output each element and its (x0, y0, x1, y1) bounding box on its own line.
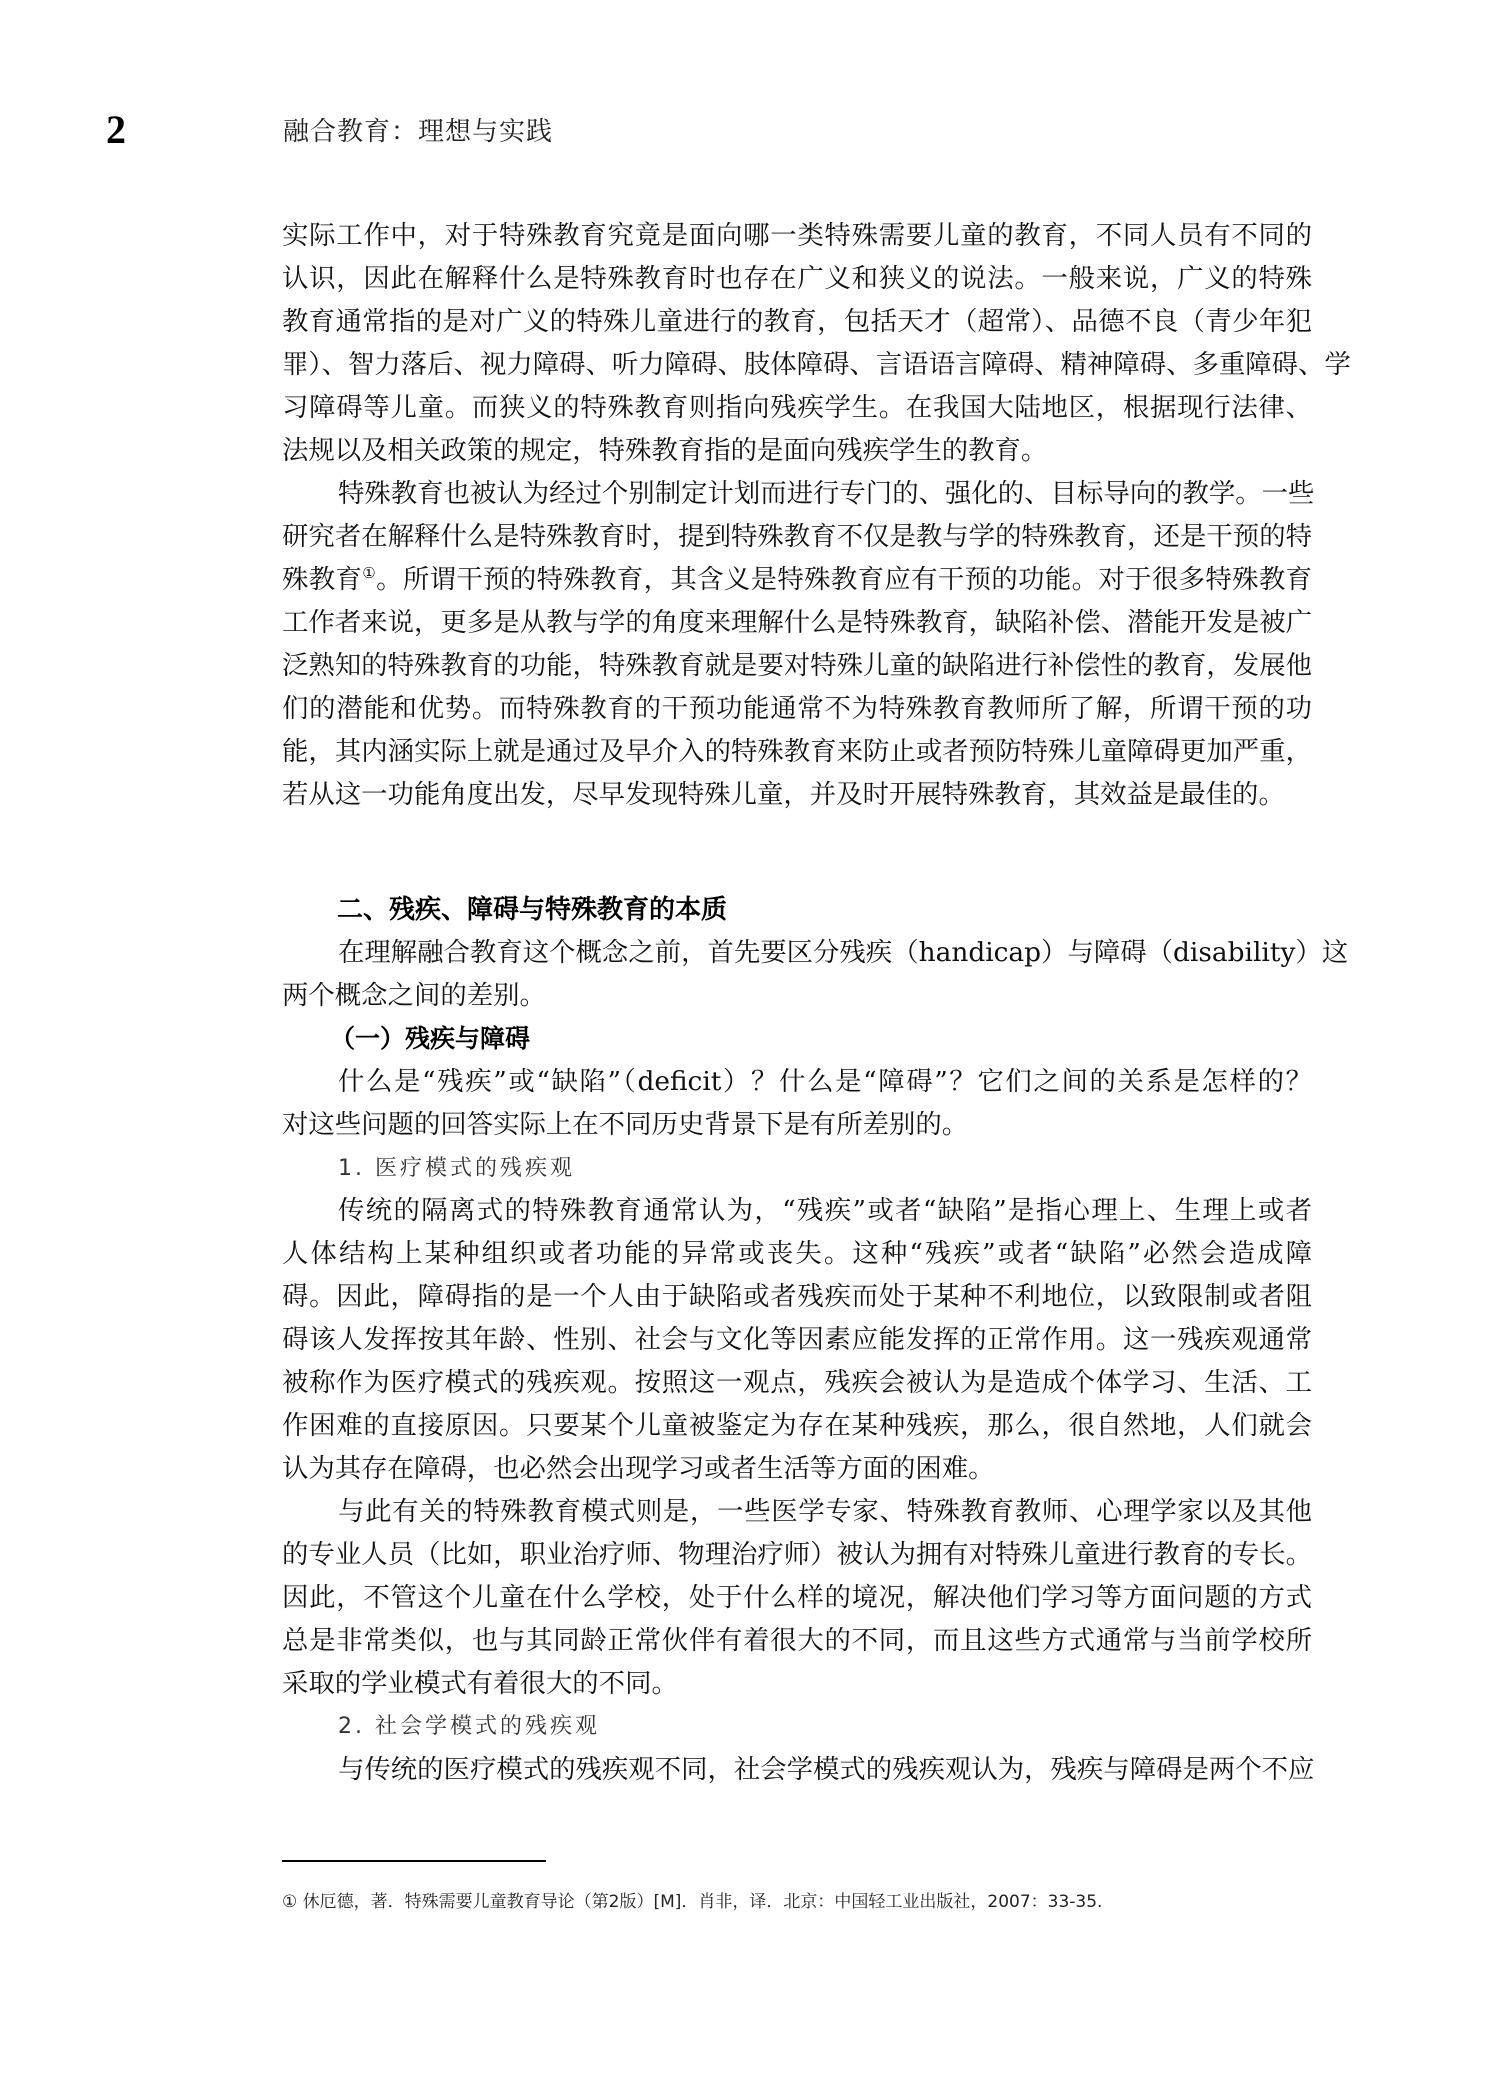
body-line: 传统的隔离式的特殊教育通常认为，“残疾”或者“缺陷”是指心理上、生理上或者 (338, 1194, 1312, 1228)
body-line: 什么是“残疾”或“缺陷”（deficit）？什么是“障碍”？它们之间的关系是怎样… (338, 1065, 1312, 1099)
body-line: 工作者来说，更多是从教与学的角度来理解什么是特殊教育，缺陷补偿、潜能开发是被广 (282, 606, 1312, 640)
body-text: 殊教育 (282, 564, 362, 595)
body-line: 若从这一功能角度出发，尽早发现特殊儿童，并及时开展特殊教育，其效益是最佳的。 (282, 778, 1312, 812)
body-line: 的专业人员（比如，职业治疗师、物理治疗师）被认为拥有对特殊儿童进行教育的专长。 (282, 1538, 1312, 1572)
body-line: 罪）、智力落后、视力障碍、听力障碍、肢体障碍、言语语言障碍、精神障碍、多重障碍、… (282, 348, 1312, 382)
sub-heading-social-model: 2. 社会学模式的残疾观 (338, 1712, 600, 1742)
footnote-reference[interactable]: ① (362, 564, 376, 582)
body-line: 实际工作中，对于特殊教育究竟是面向哪一类特殊需要儿童的教育，不同人员有不同的 (282, 219, 1312, 253)
body-line: 习障碍等儿童。而狭义的特殊教育则指向残疾学生。在我国大陆地区，根据现行法律、 (282, 391, 1312, 425)
body-line: 在理解融合教育这个概念之前，首先要区分残疾（handicap）与障碍（disab… (338, 936, 1312, 970)
body-line: 被称作为医疗模式的残疾观。按照这一观点，残疾会被认为是造成个体学习、生活、工 (282, 1366, 1312, 1400)
body-line: 人体结构上某种组织或者功能的异常或丧失。这种“残疾”或者“缺陷”必然会造成障 (282, 1237, 1312, 1271)
body-line: 两个概念之间的差别。 (282, 979, 1312, 1013)
page-number: 2 (106, 108, 126, 152)
body-text: 。所谓干预的特殊教育，其含义是特殊教育应有干预的功能。对于很多特殊教育 (376, 564, 1312, 595)
body-line: 采取的学业模式有着很大的不同。 (282, 1667, 1312, 1701)
body-line: 法规以及相关政策的规定，特殊教育指的是面向残疾学生的教育。 (282, 434, 1312, 468)
body-line: 们的潜能和优势。而特殊教育的干预功能通常不为特殊教育教师所了解，所谓干预的功 (282, 692, 1312, 726)
section-heading: 二、残疾、障碍与特殊教育的本质 (337, 893, 727, 927)
body-line: 与此有关的特殊教育模式则是，一些医学专家、特殊教育教师、心理学家以及其他 (338, 1495, 1312, 1529)
footnote: ① 休厄德，著．特殊需要儿童教育导论（第2版）[M]．肖非，译．北京：中国轻工业… (282, 1890, 1102, 1914)
footnote-divider (282, 1860, 546, 1862)
body-line: 研究者在解释什么是特殊教育时，提到特殊教育不仅是教与学的特殊教育，还是干预的特 (282, 520, 1312, 554)
body-line: 碍。因此，障碍指的是一个人由于缺陷或者残疾而处于某种不利地位，以致限制或者阻 (282, 1280, 1312, 1314)
document-page: 2 融合教育：理想与实践 实际工作中，对于特殊教育究竟是面向哪一类特殊需要儿童的… (0, 0, 1512, 2095)
body-line: 教育通常指的是对广义的特殊儿童进行的教育，包括天才（超常）、品德不良（青少年犯 (282, 305, 1312, 339)
body-line: 对这些问题的回答实际上在不同历史背景下是有所差别的。 (282, 1108, 1312, 1142)
body-line: 泛熟知的特殊教育的功能，特殊教育就是要对特殊儿童的缺陷进行补偿性的教育，发展他 (282, 649, 1312, 683)
sub-heading-medical-model: 1. 医疗模式的残疾观 (338, 1154, 575, 1184)
body-line: 作困难的直接原因。只要某个儿童被鉴定为存在某种残疾，那么，很自然地，人们就会 (282, 1409, 1312, 1443)
body-line-with-footnote-ref: 殊教育①。所谓干预的特殊教育，其含义是特殊教育应有干预的功能。对于很多特殊教育 (282, 563, 1312, 597)
body-line: 特殊教育也被认为经过个别制定计划而进行专门的、强化的、目标导向的教学。一些 (338, 477, 1312, 511)
body-line: 认识，因此在解释什么是特殊教育时也存在广义和狭义的说法。一般来说，广义的特殊 (282, 262, 1312, 296)
subsection-heading: （一）残疾与障碍 (330, 1022, 530, 1056)
body-line: 能，其内涵实际上就是通过及早介入的特殊教育来防止或者预防特殊儿童障碍更加严重， (282, 735, 1312, 769)
body-line: 总是非常类似，也与其同龄正常伙伴有着很大的不同，而且这些方式通常与当前学校所 (282, 1624, 1312, 1658)
body-line: 认为其存在障碍，也必然会出现学习或者生活等方面的困难。 (282, 1452, 1312, 1486)
running-header-title: 融合教育：理想与实践 (283, 116, 553, 148)
body-line: 与传统的医疗模式的残疾观不同，社会学模式的残疾观认为，残疾与障碍是两个不应 (338, 1753, 1312, 1787)
body-line: 碍该人发挥按其年龄、性别、社会与文化等因素应能发挥的正常作用。这一残疾观通常 (282, 1323, 1312, 1357)
body-line: 因此，不管这个儿童在什么学校，处于什么样的境况，解决他们学习等方面问题的方式 (282, 1581, 1312, 1615)
